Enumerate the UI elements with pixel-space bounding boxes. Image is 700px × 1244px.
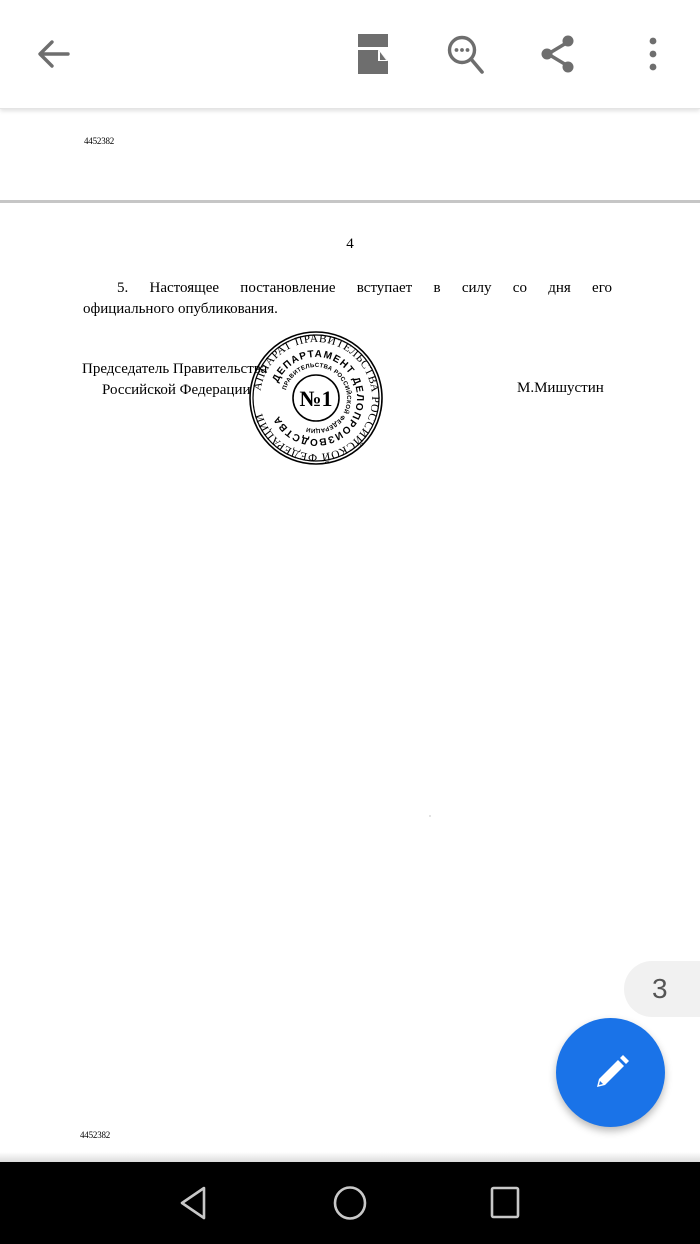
nav-recents-button[interactable] bbox=[475, 1176, 535, 1230]
signatory-title: Председатель Правительства Российской Фе… bbox=[82, 359, 267, 401]
find-in-page-icon bbox=[445, 33, 487, 75]
page-separator bbox=[0, 200, 700, 203]
share-button[interactable] bbox=[528, 24, 588, 84]
nav-back-icon bbox=[178, 1185, 210, 1221]
paragraph-5: 5. Настоящее постановление вступает в си… bbox=[83, 278, 612, 320]
previous-page-tail: 4452382 bbox=[0, 110, 700, 200]
official-seal-stamp: АППАРАТ ПРАВИТЕЛЬСТВА РОССИЙСКОЙ ФЕДЕРАЦ… bbox=[248, 330, 384, 466]
share-icon bbox=[538, 34, 578, 74]
signatory-name: М.Мишустин bbox=[517, 380, 604, 397]
more-options-button[interactable] bbox=[623, 24, 683, 84]
edit-fab-button[interactable] bbox=[556, 1018, 665, 1127]
page-number: 4 bbox=[0, 236, 700, 253]
page-layout-icon bbox=[357, 33, 389, 75]
nav-home-icon bbox=[332, 1185, 368, 1221]
app-bar bbox=[0, 0, 700, 109]
nav-back-button[interactable] bbox=[164, 1176, 224, 1230]
paragraph-line-2: официального опубликования. bbox=[83, 299, 612, 320]
edit-pencil-icon bbox=[589, 1051, 633, 1095]
signatory-title-line-1: Председатель Правительства bbox=[82, 361, 267, 377]
nav-recents-icon bbox=[489, 1186, 521, 1220]
seal-center-text: №1 bbox=[299, 386, 332, 411]
more-vert-icon bbox=[647, 34, 659, 74]
system-navigation-bar bbox=[0, 1162, 700, 1244]
page-indicator: 3 bbox=[624, 961, 700, 1017]
arrow-back-icon bbox=[34, 34, 74, 74]
scan-artifact bbox=[429, 815, 431, 817]
previous-page-doc-number: 4452382 bbox=[84, 136, 114, 146]
back-button[interactable] bbox=[24, 24, 84, 84]
paragraph-line-1: 5. Настоящее постановление вступает в си… bbox=[83, 278, 612, 299]
search-button[interactable] bbox=[436, 24, 496, 84]
footer-doc-number: 4452382 bbox=[80, 1130, 110, 1140]
nav-home-button[interactable] bbox=[320, 1176, 380, 1230]
bottom-edge-shadow bbox=[0, 1152, 700, 1162]
page-layout-button[interactable] bbox=[343, 24, 403, 84]
signatory-title-line-2: Российской Федерации bbox=[82, 380, 267, 401]
